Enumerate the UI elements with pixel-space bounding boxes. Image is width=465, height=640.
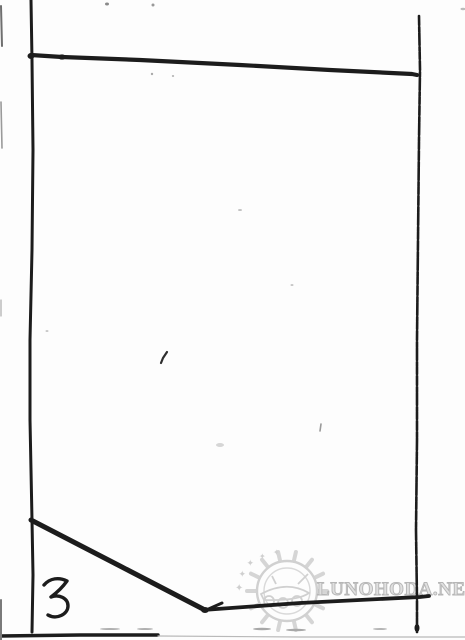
- bottom-scan-edge-light: [158, 636, 465, 637]
- left-scan-edge-mid: [1, 102, 2, 148]
- paper-speck: [46, 330, 49, 332]
- ink-drawing-layer: [0, 0, 465, 640]
- faint-tick-mark: [320, 424, 321, 431]
- line-knot: [58, 54, 66, 59]
- bottom-scan-edge-dark: [0, 635, 158, 636]
- right-line-end-blob: [415, 624, 420, 632]
- scan-dash: [100, 628, 120, 630]
- scan-dash: [137, 628, 153, 630]
- diagonal-end-blob: [201, 607, 209, 613]
- left-scan-edge-top: [1, 6, 2, 46]
- paper-speck: [105, 3, 109, 6]
- scan-dash: [286, 629, 306, 631]
- junction-blob: [28, 53, 35, 59]
- page-number-3: [44, 579, 68, 617]
- paper-speck: [238, 209, 242, 211]
- scan-dash: [373, 628, 387, 630]
- left-border-line: [30, 0, 33, 632]
- stray-pen-mark: [161, 352, 167, 363]
- top-border-line: [31, 55, 417, 75]
- right-border-line: [416, 16, 420, 632]
- bottom-horizontal-line: [203, 596, 429, 610]
- paper-speck: [216, 443, 224, 447]
- paper-speck: [291, 284, 294, 286]
- scanned-sketch-page: ✦✦✦✦✦ LUNOHODA.NET: [0, 0, 465, 640]
- paper-speck: [172, 75, 174, 77]
- paper-speck: [152, 4, 155, 7]
- paper-speck: [151, 73, 153, 75]
- scan-dash: [253, 628, 271, 630]
- paper-speck: [461, 8, 465, 10]
